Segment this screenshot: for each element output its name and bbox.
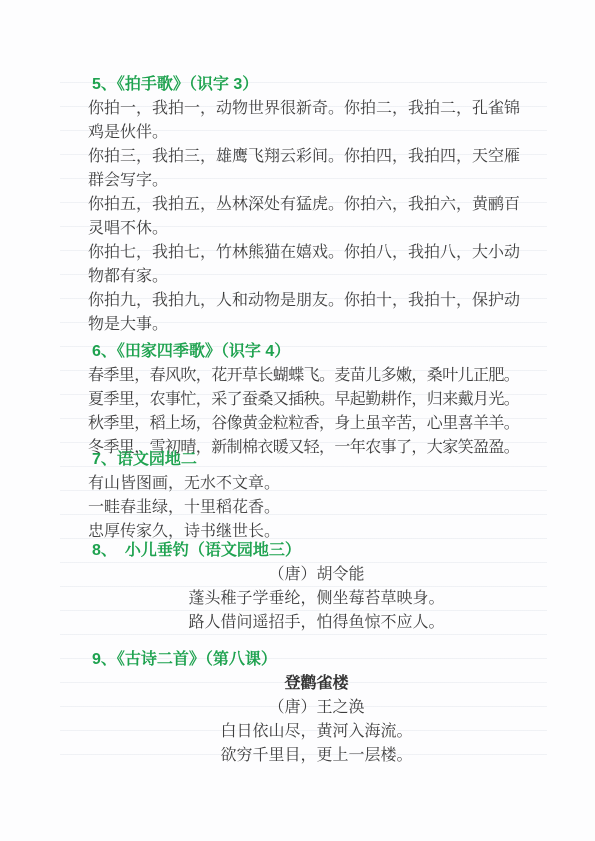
section-xiaoer-chuidiao: 8、 小儿垂钓（语文园地三） （唐）胡令能 蓬头稚子学垂纶，侧坐莓苔草映身。 路… — [88, 539, 545, 635]
text-line: 鸡是伙伴。 — [88, 121, 545, 145]
document-page: 5、《拍手歌》（识字 3） 你拍一，我拍一，动物世界很新奇。你拍二，我拍二，孔雀… — [0, 0, 595, 841]
text-line: 物是大事。 — [88, 313, 545, 337]
section-ancient-poems: 9、《古诗二首》（第八课） 登鹳雀楼 （唐）王之涣 白日依山尽，黄河入海流。 欲… — [88, 648, 545, 768]
text-line: 你拍三，我拍三，雄鹰飞翔云彩间。你拍四，我拍四，天空雁 — [88, 145, 545, 169]
section-heading: 9、《古诗二首》（第八课） — [92, 648, 545, 672]
poem-line: 蓬头稚子学垂纶，侧坐莓苔草映身。 — [88, 587, 545, 611]
poem-title: 登鹳雀楼 — [88, 672, 545, 696]
text-line: 你拍九，我拍九，人和动物是朋友。你拍十，我拍十，保护动 — [88, 289, 545, 313]
poem-author: （唐）王之涣 — [88, 696, 545, 720]
text-line: 你拍一，我拍一，动物世界很新奇。你拍二，我拍二，孔雀锦 — [88, 97, 545, 121]
text-line: 夏季里，农事忙，采了蚕桑又插秧。早起勤耕作，归来戴月光。 — [88, 388, 545, 412]
section-heading: 5、《拍手歌》（识字 3） — [92, 73, 545, 97]
text-line: 秋季里，稻上场，谷像黄金粒粒香，身上虽辛苦，心里喜羊羊。 — [88, 412, 545, 436]
text-line: 你拍五，我拍五，丛林深处有猛虎。你拍六，我拍六，黄鹂百 — [88, 193, 545, 217]
section-heading: 6、《田家四季歌》（识字 4） — [92, 340, 545, 364]
text-line: 有山皆图画，无水不文章。 — [88, 472, 545, 496]
section-heading: 7、语文园地二 — [92, 448, 545, 472]
text-line: 物都有家。 — [88, 265, 545, 289]
section-clapping-song: 5、《拍手歌》（识字 3） 你拍一，我拍一，动物世界很新奇。你拍二，我拍二，孔雀… — [88, 73, 545, 337]
text-line: 灵唱不休。 — [88, 217, 545, 241]
text-line: 春季里，春风吹，花开草长蝴蝶飞。麦苗儿多嫩，桑叶儿正肥。 — [88, 364, 545, 388]
text-line: 你拍七，我拍七，竹林熊猫在嬉戏。你拍八，我拍八，大小动 — [88, 241, 545, 265]
section-yuwen-garden-two: 7、语文园地二 有山皆图画，无水不文章。 一畦春韭绿，十里稻花香。 忠厚传家久，… — [88, 448, 545, 544]
section-heading: 8、 小儿垂钓（语文园地三） — [92, 539, 545, 563]
text-line: 群会写字。 — [88, 169, 545, 193]
poem-line: 欲穷千里目，更上一层楼。 — [88, 744, 545, 768]
poem-author: （唐）胡令能 — [88, 563, 545, 587]
text-line: 一畦春韭绿，十里稻花香。 — [88, 496, 545, 520]
section-four-seasons-song: 6、《田家四季歌》（识字 4） 春季里，春风吹，花开草长蝴蝶飞。麦苗儿多嫩，桑叶… — [88, 340, 545, 460]
poem-line: 路人借问遥招手，怕得鱼惊不应人。 — [88, 611, 545, 635]
poem-line: 白日依山尽，黄河入海流。 — [88, 720, 545, 744]
